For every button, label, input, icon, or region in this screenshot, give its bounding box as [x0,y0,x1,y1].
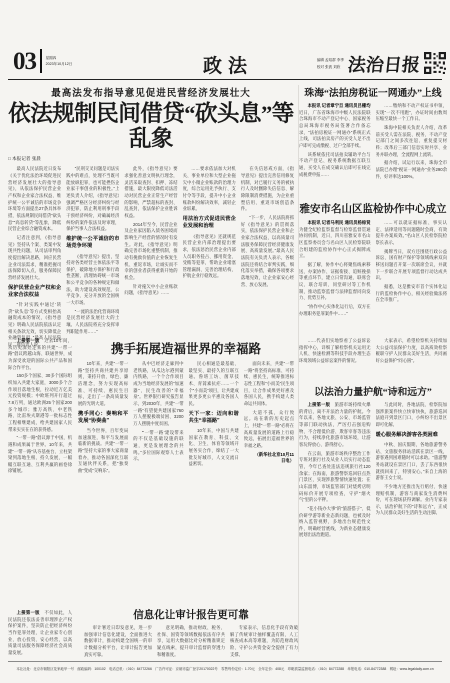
paragraph: 2014年至今，民营企业及企业家因陷入债务困境而影响生产经营的情况时有发生。对此… [124,222,177,282]
body-column: 上接第一版 不仅如此，人民法院还依法妥善审理涉企产权保护案件，坚决防止把经济纠纷… [8,610,72,657]
body-column: 意见明确，推动财政、税务、社保、国资等领域数据依法有序共享，运用大数据比对分析精… [157,625,225,662]
lead-story: 最高法发布指导意见促进民营经济发展壮大 依法规制民间借贷“砍头息”等乱象 □ 本… [8,85,294,358]
bottom-story-headline: 信息化让审计报告更可靠 [84,607,298,622]
footer-rule [8,661,442,662]
paragraph: “一带一路”倡议源于中国，机遇和成果属于世界。10年来，共建“一带一路”从夯基垒… [8,435,72,475]
paragraph: ……可以就证据标准、事实认定、法律适用等问题随时会商，有效提升办案质效。”名山区… [376,220,448,247]
lead-story-headline: 依法规制民间借贷“砍头息”等乱象 [8,101,294,151]
paragraph: ……要求依法加大对机关、事业单位和大型企业拖欠中小微企业账款的治理力度，综合运用… [183,166,236,213]
paragraph: 此外，《指导意见》要求强化善意文明执行理念，灵活采取查封、扣押、冻结措施，最大限… [124,166,177,219]
paragraph: “一流的法治化营商环境是民营经济发展壮大的土壤。人民法院将充分发挥审判职能作用…… [66,309,119,336]
lead-paragraph: 本报讯 记者马利民 通讯员杨棕贤 为健全纪检监察监督与检察监督贯通协同机制，近日… [299,220,371,260]
paragraph: 150多个国家、30多个国际组织加入共建大家庭，3000多个合作项目落地生根，拉… [8,373,72,433]
paragraph: 《指导意见》还就规范民营企业内部治理提出要求，依法惩治民营企业内部人员职务侵占、… [183,234,236,281]
paragraph: 《指导意见》提出，坚持对各类经营主体依法平等保护，破除地方保护和行政性垄断，清理… [66,254,119,307]
body-column: 上接第一版 过去10年间，从历史深处走来的共建“一带一路”倡议跨越山海、联通世界… [8,338,72,600]
paragraph: “花小钱办大事”的“旅游搭子”、低价研学游等新业态新问题，也被及时纳入监管视野，… [299,506,371,539]
article-subhead: 天下一家：迈向和谐共生“幸福路” [189,411,239,426]
article-subhead: 暖心服务解决游客各类困难 [376,432,448,439]
body-column: 10年来，共建“一带一路”坚持共商共建共享原则，秉持开放、绿色、廉洁理念，努力实… [78,361,128,603]
body-column: 本报讯 记者马利民 通讯员杨棕贤 为健全纪检监察监督与检察监督贯通协同机制，近日… [299,220,371,332]
paragraph: 据了解，协作中心将聚焦线索移送、办案协作、证据衔接、追赃挽损等重点环节，建立日常… [299,262,371,302]
belt-road-body: 10年来，共建“一带一路”坚持共商共建共享原则，秉持开放、绿色、廉洁理念，努力实… [78,361,294,603]
paragraph: 珠海中院相关负责人介绍，改革前买受人需在法院、税务、不动产登记部门之间多次往返、… [376,125,448,158]
article-subhead: 保护民营企业产权和企业家合法权益 [8,285,61,300]
paragraph: 据介绍，试运行以来，珠海全市法院已办理“税证一网通办”业务290余件，好评率达1… [376,160,448,180]
body-column: 民心相通是最基础、最坚实、最持久的互联互通。鲁班工坊、菌草技术、青蒿素抗疟……一… [189,361,239,603]
body-column: “民刑交叉问题是司法实践中的难点，处理不当既可能放纵犯罪，也可能挫伤企业家干事创… [66,166,119,358]
editors-line-2: 校对 张波 刘欣 [317,64,344,71]
paragraph: 与此同时，各地法院、检察院加强涉旅案件快立快审快执，旅游巡回法庭开到景区门口，小… [376,402,448,429]
bottom-story: 信息化让审计报告更可靠 审计署近日印发意见，进一步加强审计信息化建设，全面推进大… [84,607,298,662]
paragraph: 在失信惩戒方面，《指导意见》提出完善信用修复机制，对已履行义务的被执行人及时删除… [241,166,294,213]
belt-road-left-column: 上接第一版 过去10年间，从历史深处走来的共建“一带一路”倡议跨越山海、联通世界… [8,338,72,600]
body-column: ……可以就证据标准、事实认定、法律适用等问题随时会商，有效提升办案质效。”名山区… [376,220,448,332]
paragraph: 10年来，中国与共建国家在教育、科技、文化、卫生、体育等领域开展务实合作，缔结了… [189,428,239,468]
body-column: ……缴纳和不动产权证书申领，实现“一次不用跑”，办证时间由数周压缩至最快一个工作… [376,103,448,195]
footer-text: 本社社址：北京市朝阳区花家地甲一号 邮政编码：100102 电话总机：（010）… [8,666,442,671]
body-column: 此外，《指导意见》要求强化善意文明执行理念，灵活采取查封、扣押、冻结措施，最大限… [124,166,177,358]
body-column: ……要求依法加大对机关、事业单位和大型企业拖欠中小微企业账款的治理力度，综合运用… [183,166,236,358]
body-column: 最高人民法院近日发布《关于优化法治环境促进民营经济发展壮大的指导意见》，从依法保… [8,166,61,358]
paragraph: 该系统依托司法拍卖辅助平台与不动产登记、税务系统数据互联互通，买受人在成交确认后… [299,152,371,179]
lead-story-kicker: 最高法发布指导意见促进民营经济发展壮大 [8,85,294,99]
paragraph: 当今世界，百年变局加速演进，和平与发展面临新的挑战。共建“一带一路”坚持大家的事… [78,428,128,475]
belt-road-story: 上接第一版 过去10年间，从历史深处走来的共建“一带一路”倡议跨越山海、联通世界… [8,338,294,603]
paragraph: 在云南，旅游市场秩序整治工作专班对旅行社及从业人员实行动态监管，今年已查处违法违… [299,451,371,504]
masthead: 法治日报 [347,51,422,77]
lead-paragraph: 本报讯 记者章宁旦 通讯员吕栅均 近日，广东省珠海市中级人民法院联合珠海市不动产… [299,103,371,150]
paragraph: 专家表示，信息化手段有效破解了传统审计抽样覆盖有限、人工核查成本高等难题，为防范… [230,625,298,658]
body-column: 审计署近日印发意见，进一步加强审计信息化建设，全面推进大数据审计，推动构建全国统… [84,625,152,662]
paragraph: 审计署近日印发意见，进一步加强审计信息化建设，全面推进大数据审计，推动构建全国统… [84,625,152,658]
paragraph: 不少地方还推出先行赔付、快速理赔机制，游客与商家发生消费纠纷，可在现场获得调解。… [376,484,448,517]
bottom-jump-column: 上接第一版 不仅如此，人民法院还依法妥善审理涉企产权保护案件，坚决防止把经济纠纷… [8,610,72,657]
side-story-3-body: 上接第一版 旅游市场持续火爆的背后，离不开法治力量的护航。今年以来，各地文旅、公… [299,402,447,652]
side-story-1-body: 本报讯 记者章宁旦 通讯员吕栅均 近日，广东省珠海市中级人民法院联合珠海市不动产… [299,103,447,195]
qr-code-icon [424,52,446,74]
header-rule [8,79,442,80]
paragraph: 民心相通是最基础、最坚实、最持久的互联互通。鲁班工坊、菌草技术、青蒿素抗疟……一… [189,361,239,408]
paragraph: “协作中心实体化运行后，双方在办理职务犯罪案件中……” [299,304,371,317]
side-column: 珠海“法拍房税证一网通办”上线 本报讯 记者章宁旦 通讯员吕栅均 近日，广东省珠… [298,85,447,652]
paragraph: “下一步，人民法院将抓好《指导意见》的贯彻落实，依法保护民营企业和企业家合法权益… [241,215,294,288]
jump-paragraph: 上接第一版 旅游市场持续火爆的背后，离不开法治力量的护航。今年以来，各地文旅、公… [299,402,371,449]
paragraph: ……代表们实地察看了公益诉讼指挥中心，详细了解检察机关运用无人机、快速检测等科技… [299,338,371,365]
side-story-1-headline: 珠海“法拍房税证一网通办”上线 [299,85,447,99]
editors-block: 编辑 孟绍群 李季 校对 张波 刘欣 [317,57,344,71]
belt-road-headline: 携手拓展造福世界的幸福路 [78,339,294,357]
body-column: 本报讯 记者章宁旦 通讯员吕栅均 近日，广东省珠海市中级人民法院联合珠海市不动产… [299,103,371,195]
jump-paragraph: 上接第一版 过去10年间，从历史深处走来的共建“一带一路”倡议跨越山海、联通世界… [8,338,72,371]
body-column: ……代表们实地察看了公益诉讼指挥中心，详细了解检察机关运用无人机、快速检测等科技… [299,338,371,378]
editors-line-1: 编辑 孟绍群 李季 [317,57,344,64]
article-subhead: 维护统一公平诚信的市场竞争环境 [66,236,119,251]
paragraph: 大家表示，希望检察机关持续加大公益司法保护力度，以高质效检察履职守护人民群众美好… [376,338,448,365]
body-column: 大家表示，希望检察机关持续加大公益司法保护力度，以高质效检察履职守护人民群众美好… [376,338,448,378]
side-continuation-body: ……代表们实地察看了公益诉讼指挥中心，详细了解检察机关运用无人机、快速检测等科技… [299,338,447,378]
paragraph: 面向未来，共建“一带一路”将坚持高标准、可持续、惠民生，统筹推进标志性工程和“小… [244,361,294,408]
body-column: 在失信惩戒方面，《指导意见》提出完善信用修复机制，对已履行义务的被执行人及时删除… [241,166,294,358]
body-column: 面向未来，共建“一带一路”将坚持高标准、可持续、惠民生，统筹推进标志性工程和“小… [244,361,294,603]
jump-paragraph: 上接第一版 不仅如此，人民法院还依法妥善审理涉企产权保护案件，坚决防止把经济纠纷… [8,610,72,657]
paragraph: 中秋、国庆假期，各地旅游警务站、文旅服务驿站活跃在景区一线，游客遇到困难随时可以… [376,442,448,482]
bottom-story-body: 审计署近日印发意见，进一步加强审计信息化建设，全面推进大数据审计，推动构建全国统… [84,625,298,662]
paragraph: ……缴纳和不动产权证书申领，实现“一次不用跑”，办证时间由数周压缩至最快一个工作… [376,103,448,123]
paragraph: “民刑交叉问题是司法实践中的难点，处理不当既可能放纵犯罪，也可能挫伤企业家干事创… [66,166,119,233]
article-subhead: 携手同心：奏响和平发展“协奏曲” [78,411,128,426]
body-column: 从中巴经济走廊到中老铁路，从瓜达尔港到蒙内铁路，一个个合作项目成为当地经济发展的… [133,361,183,603]
paragraph: 从中巴经济走廊到中老铁路，从瓜达尔港到蒙内铁路，一个个合作项目成为当地经济发展的… [133,361,183,428]
paragraph: 10年来，共建“一带一路”坚持共商共建共享原则，秉持开放、绿色、廉洁理念，努力实… [78,361,128,408]
paragraph: 揭牌当日，双方还围绕行政公益诉讼、国有财产保护等领域线索双向移送问题召开第一次联… [376,249,448,282]
newspaper-page: 03 星期四 2023年10月12日 政法 编辑 孟绍群 李季 校对 张波 刘欣… [0,0,450,683]
side-story-3-headline: 以法治力量护航“诗和远方” [299,384,447,398]
paragraph: 记者注意到，《指导意见》坚持从个案、类案中发现共性问题，从司法审判角度提出解决思… [8,235,61,282]
paragraph: 最高人民法院近日发布《关于优化法治环境促进民营经济发展壮大的指导意见》，从依法保… [8,166,61,233]
lead-story-byline: □ 本报记者 张晨 [8,156,294,162]
paragraph: 针对拖欠中小企业账款问题，《指导意见》…… [124,284,177,297]
body-column: 专家表示，信息化手段有效破解了传统审计抽样覆盖有限、人工核查成本高等难题，为防范… [230,625,298,662]
paragraph: “‘一带一路’建设带来的不仅是基础设施的联通，更是发展理念的共鸣。”多位国际观察… [133,430,183,463]
body-column: 上接第一版 旅游市场持续火爆的背后，离不开法治力量的护航。今年以来，各地文旅、公… [299,402,371,652]
body-column: 与此同时，各地法院、检察院加强涉旅案件快立快审快执，旅游巡回法庭开到景区门口，小… [376,402,448,652]
dateline: （新华社北京10月11日电） [244,452,294,465]
belt-road-main: 携手拓展造福世界的幸福路 10年来，共建“一带一路”坚持共商共建共享原则，秉持开… [78,338,294,603]
side-story-2-body: 本报讯 记者马利民 通讯员杨棕贤 为健全纪检监察监督与检察监督贯通协同机制，近日… [299,220,447,332]
paragraph: 据悉，这是雅安市首个实体化运行的监检协作中心，相关经验做法将在全市推广。 [376,284,448,304]
side-story-2-headline: 雅安市名山区监检协作中心成立 [299,201,447,216]
lead-story-body: 最高人民法院近日发布《关于优化法治环境促进民营经济发展壮大的指导意见》，从依法保… [8,166,294,358]
article-subhead: 用法治方式促进民营企业发展和治理 [183,216,236,231]
paragraph: 意见明确，推动财政、税务、社保、国资等领域数据依法有序共享，运用大数据比对分析精… [157,625,225,658]
paragraph: 大道不孤，众行致远。站在新的历史起点上，共建“一带一路”必将在高质量发展的道路上… [244,410,294,450]
